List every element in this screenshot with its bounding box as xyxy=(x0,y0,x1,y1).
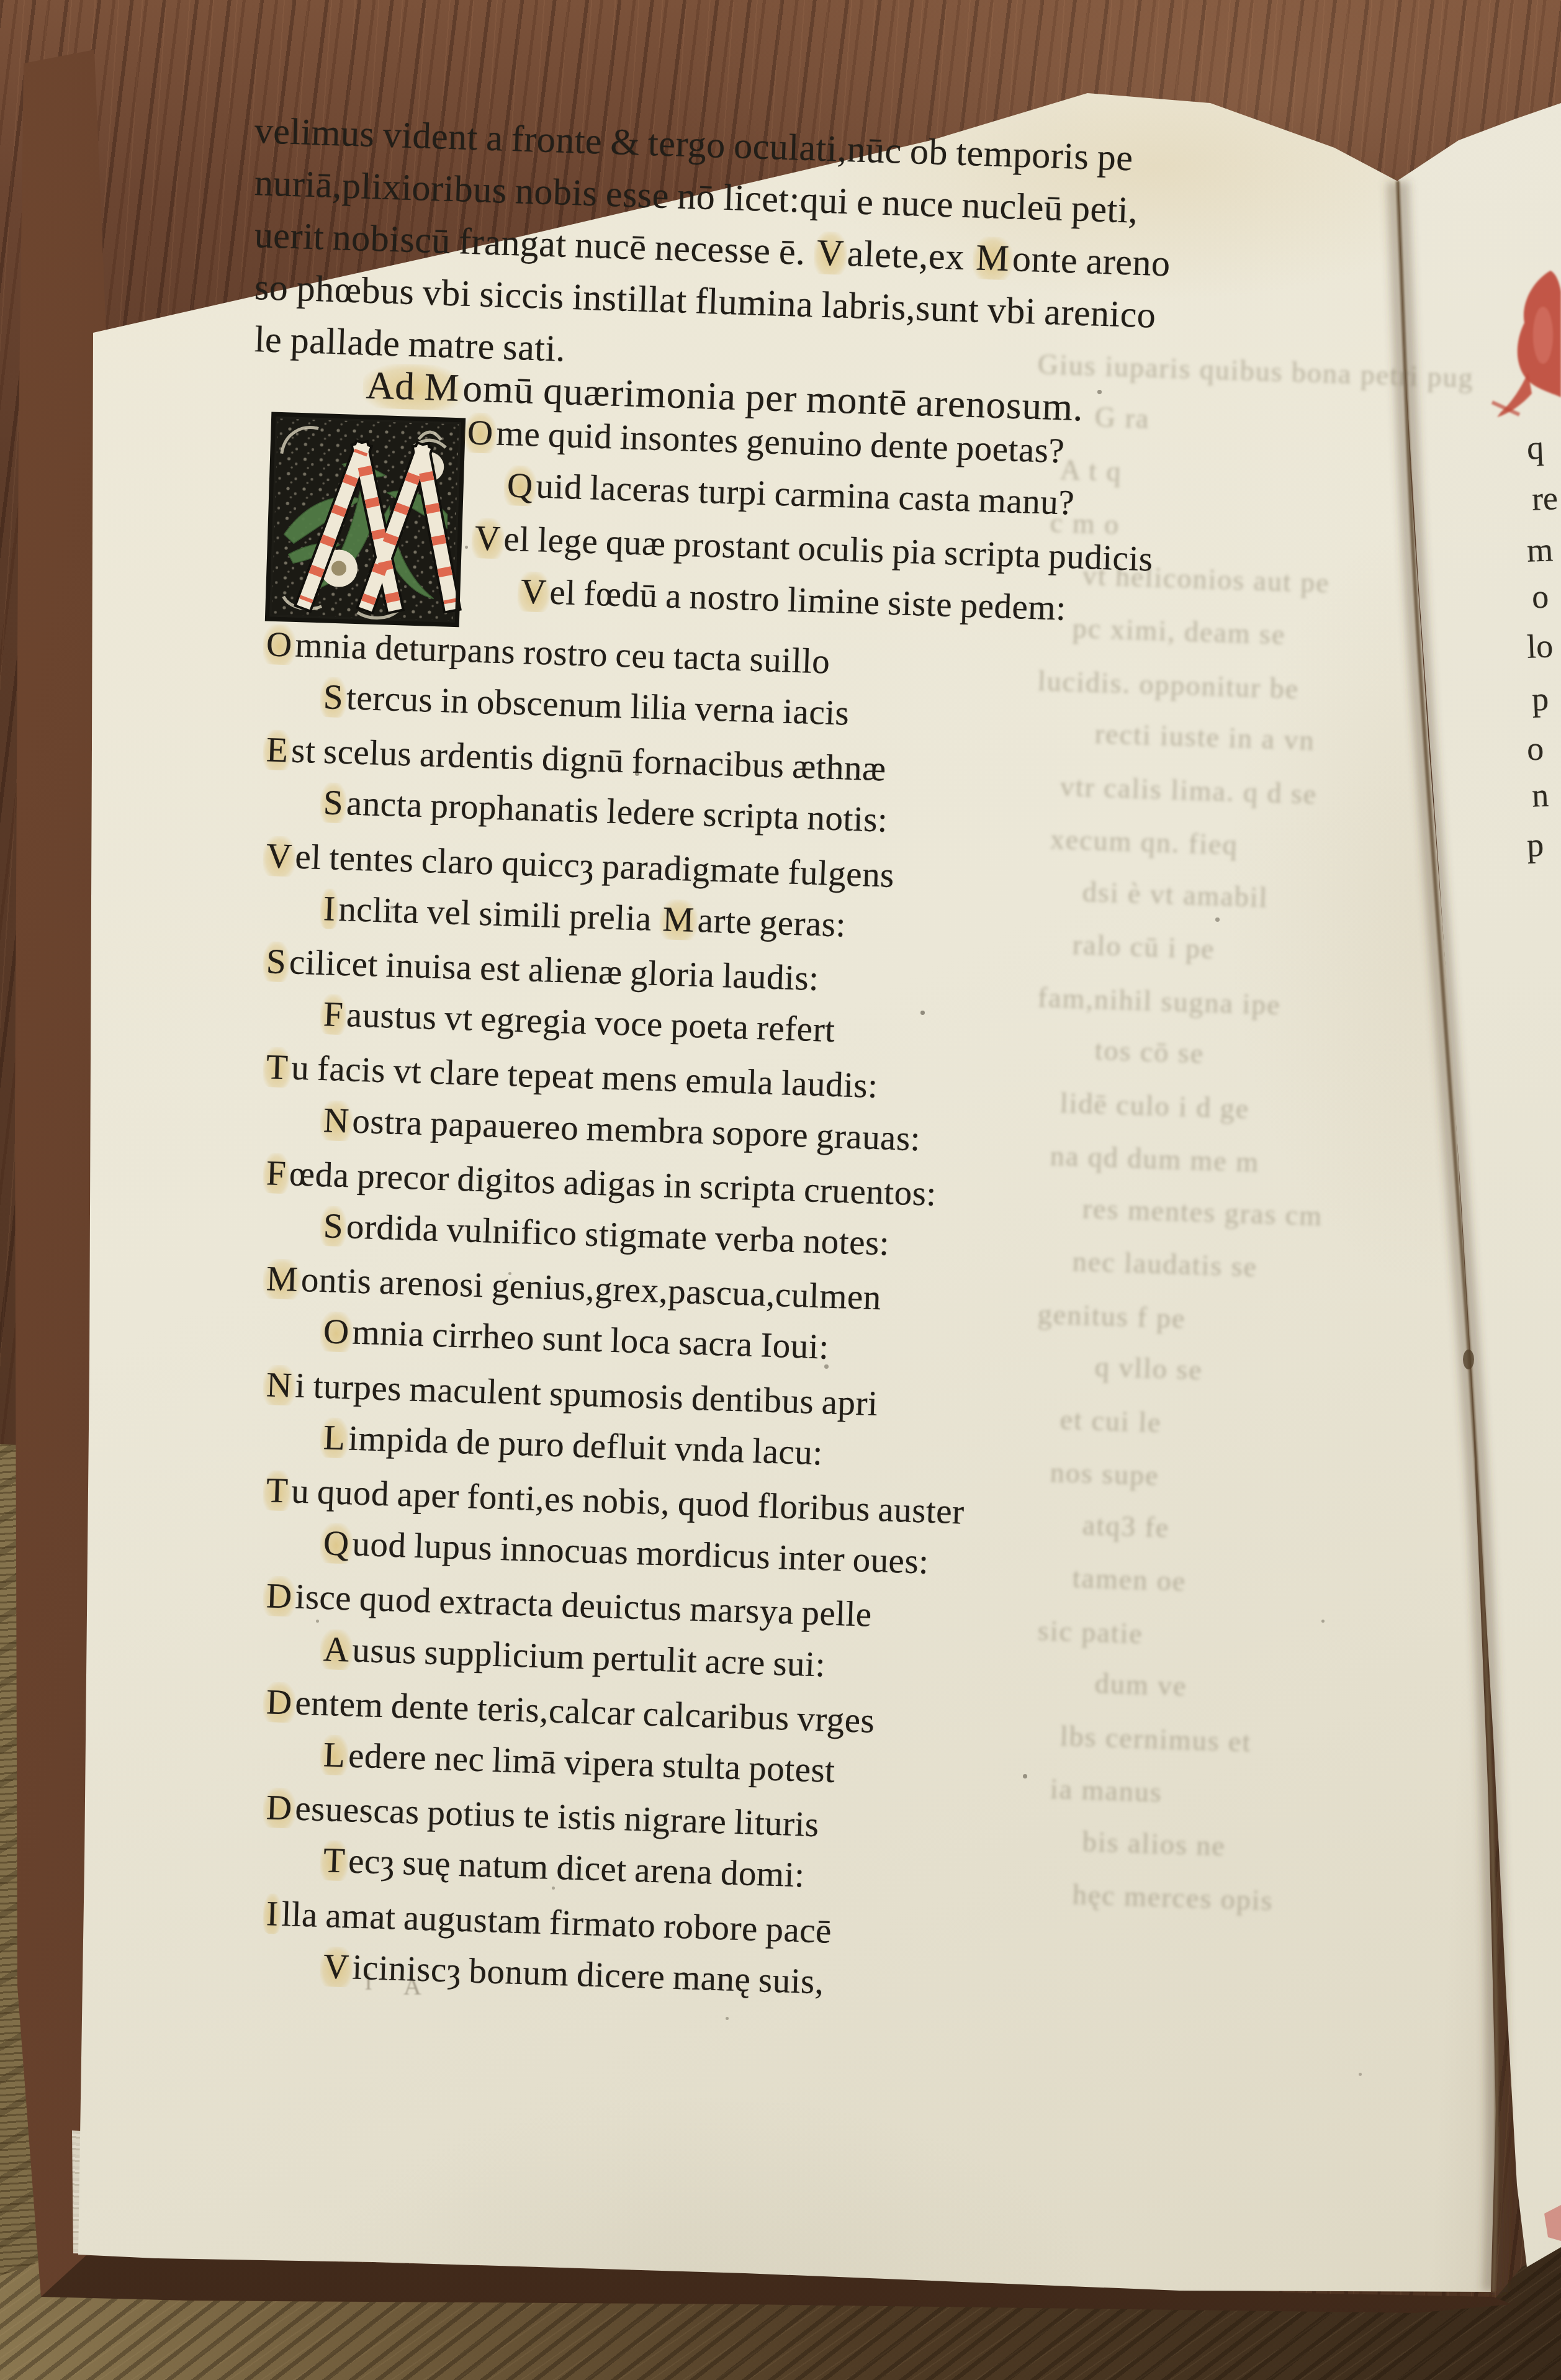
washed-initial: F xyxy=(320,994,347,1035)
poem-line: Sordida vulnifico stigmate verba notes: xyxy=(320,1206,890,1264)
poem-line: Tu facis vt clare tepeat mens emula laud… xyxy=(263,1047,878,1106)
washed-initial: N xyxy=(320,1100,353,1142)
poem-line: Est scelus ardentis dignū fornacibus æth… xyxy=(263,729,887,790)
photo-scene: Gius iuparis quibus bona petri pugG raA … xyxy=(0,0,1561,2380)
washed-initial: I xyxy=(263,1893,282,1934)
poem-line: Quod lupus innocuas mordicus inter oues: xyxy=(320,1523,930,1582)
washed-initial: Ad M xyxy=(362,363,464,411)
poem-line: Ni turpes maculent spumosis dentibus apr… xyxy=(263,1364,879,1424)
washed-initial: Q xyxy=(320,1523,353,1564)
poem-line: Vel lege quæ prostant oculis pia scripta… xyxy=(471,518,1154,579)
washed-initial: V xyxy=(813,231,848,275)
poem-line: Inclita vel simili prelia Marte geras: xyxy=(320,888,847,945)
washed-initial: N xyxy=(263,1364,296,1406)
poem-line: Tecȝ suę natum dicet arena domi: xyxy=(320,1840,805,1895)
poem-line: Vel tentes claro quiccȝ paradigmate fulg… xyxy=(263,836,895,896)
poem-line: Ledere nec limā vipera stulta potest xyxy=(320,1734,836,1791)
washed-initial: V xyxy=(263,836,296,877)
washed-initial: O xyxy=(263,624,296,665)
washed-initial: T xyxy=(263,1047,292,1088)
poem-line: Desuescas potius te istis nigrare lituri… xyxy=(263,1787,820,1845)
washed-initial: T xyxy=(320,1840,349,1881)
washed-initial: M xyxy=(263,1258,302,1300)
washed-initial: F xyxy=(263,1153,290,1194)
poem-line: Quid laceras turpi carmina casta manu? xyxy=(503,465,1075,523)
prose-line: le pallade matre sati. xyxy=(254,318,566,371)
poem-line: Montis arenosi genius,grex,pascua,culmen xyxy=(263,1258,882,1318)
washed-initial: O xyxy=(320,1311,353,1353)
washed-initial: S xyxy=(320,677,347,718)
washed-initial: V xyxy=(471,518,505,559)
poem-line: Stercus in obscenum lilia verna iacis xyxy=(320,677,850,734)
poem-line: Dentem dente teris,calcar calcaribus vrg… xyxy=(263,1682,875,1741)
washed-initial: S xyxy=(320,1206,347,1246)
washed-initial: E xyxy=(263,729,292,770)
poem-line: Vel fœdū a nostro limine siste pedem: xyxy=(517,571,1067,629)
poem-line: Viciniscȝ bonum dicere manę suis, xyxy=(320,1946,825,2002)
poem-line: Sancta prophanatis ledere scripta notis: xyxy=(320,782,888,841)
washed-initial: O xyxy=(464,412,497,454)
washed-initial: D xyxy=(263,1787,296,1829)
poem-line: Faustus vt egregia voce poeta refert xyxy=(320,994,836,1050)
washed-initial: L xyxy=(320,1734,349,1775)
washed-initial: V xyxy=(517,571,551,613)
washed-initial: D xyxy=(263,1575,296,1617)
printed-text: velimus vident a fronte & tergo oculati,… xyxy=(0,0,1561,2380)
washed-initial: L xyxy=(320,1417,349,1458)
washed-initial: A xyxy=(320,1629,353,1670)
washed-initial: Q xyxy=(503,465,537,507)
poem-line: Illa amat augustam firmato robore pacē xyxy=(263,1893,832,1952)
washed-initial: V xyxy=(320,1946,353,1988)
poem-line: Ausus supplicium pertulit acre sui: xyxy=(320,1629,826,1685)
poem-line: Scilicet inuisa est alienæ gloria laudis… xyxy=(263,941,820,999)
washed-initial: S xyxy=(320,782,347,823)
washed-initial: S xyxy=(263,941,290,982)
poem-line: Limpida de puro defluit vnda lacu: xyxy=(320,1417,824,1473)
poem-line: Omnia cirrheo sunt loca sacra Ioui: xyxy=(320,1311,830,1368)
poem-line: Omnia deturpans rostro ceu tacta suillo xyxy=(263,624,830,682)
washed-initial: M xyxy=(659,899,698,940)
washed-initial: T xyxy=(263,1470,292,1511)
washed-initial: I xyxy=(320,888,340,929)
poem-line: Tu quod aper fonti,es nobis, quod florib… xyxy=(263,1470,965,1532)
washed-initial: D xyxy=(263,1682,296,1723)
poem-line: Fœda precor digitos adigas in scripta cr… xyxy=(263,1153,937,1214)
poem-line: Disce quod extracta deuictus marsya pell… xyxy=(263,1575,873,1635)
poem-line: Nostra papauereo membra sopore grauas: xyxy=(320,1100,921,1159)
washed-initial: M xyxy=(972,236,1013,280)
